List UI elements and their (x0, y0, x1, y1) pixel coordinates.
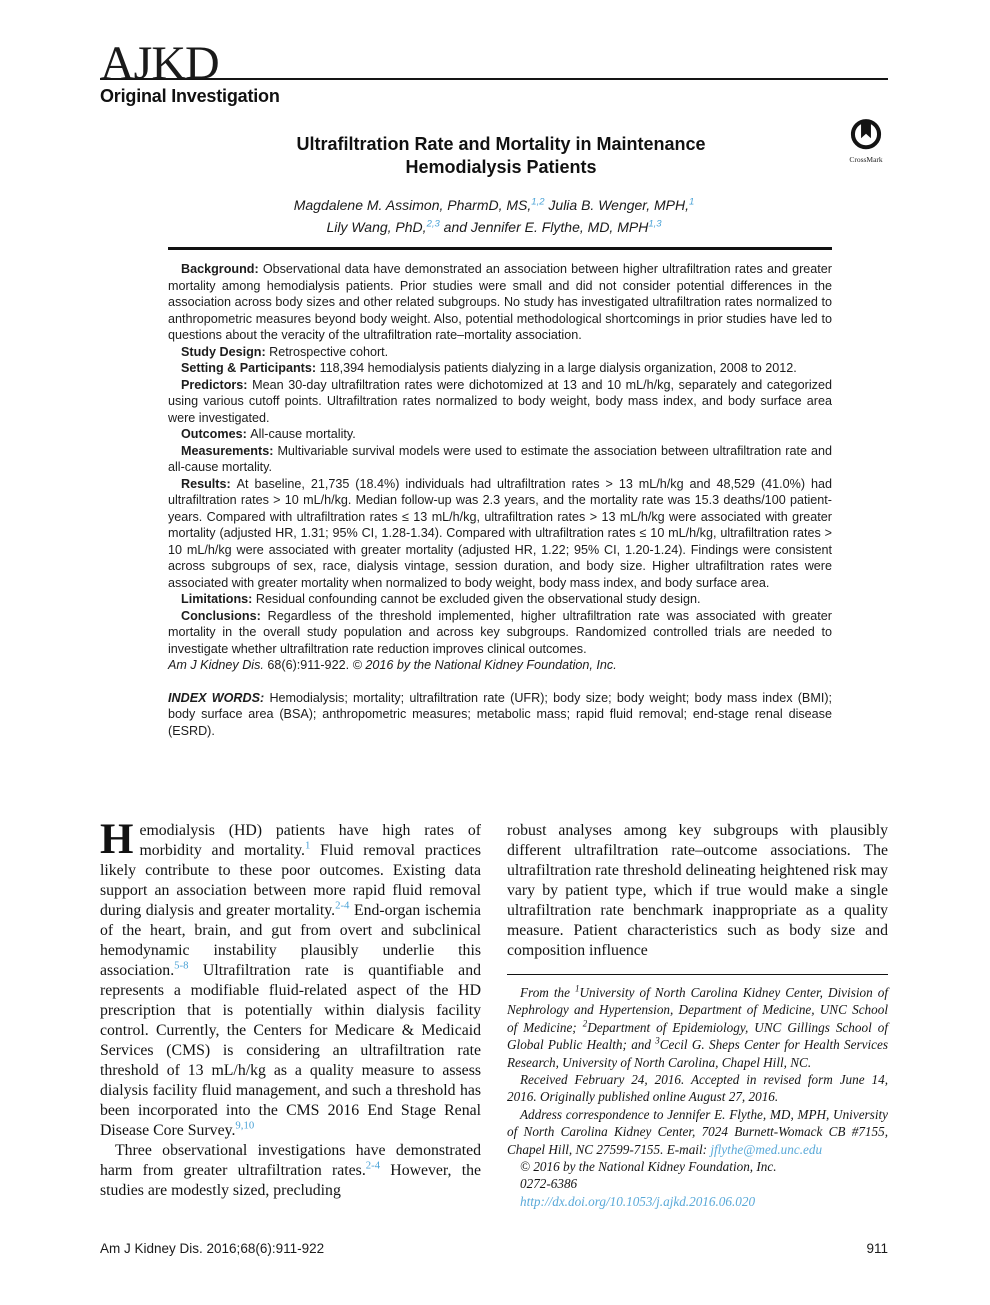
crossmark-icon (842, 118, 890, 154)
text-run: 118,394 hemodialysis patients dialyzing … (320, 361, 797, 375)
page-number: 911 (100, 1241, 888, 1256)
abstract-paragraph-conclusions: Conclusions: Regardless of the threshold… (168, 608, 832, 658)
abstract-citation: Am J Kidney Dis. 68(6):911-922. © 2016 b… (168, 657, 832, 674)
text-run: Julia B. Wenger, MPH, (545, 197, 689, 213)
text-run: Conclusions: (181, 609, 268, 623)
footnote-copyright: © 2016 by the National Kidney Foundation… (507, 1158, 888, 1175)
footnote-divider (507, 974, 888, 975)
hyperlink[interactable]: http://dx.doi.org/10.1053/j.ajkd.2016.06… (520, 1194, 755, 1209)
body-paragraph: Hemodialysis (HD) patients have high rat… (100, 821, 481, 1141)
reference-citation[interactable]: 1,2 (531, 196, 544, 207)
article-title: Ultrafiltration Rate and Mortality in Ma… (170, 133, 832, 179)
text-run: Am J Kidney Dis. (168, 658, 264, 672)
text-run: Residual confounding cannot be excluded … (256, 592, 701, 606)
text-run: Magdalene M. Assimon, PharmD, MS, (294, 197, 532, 213)
reference-citation[interactable]: 2-4 (366, 1160, 380, 1172)
reference-citation[interactable]: 5-8 (174, 960, 188, 972)
text-run: 0272-6386 (520, 1176, 577, 1191)
crossmark-badge[interactable]: CrossMark (842, 118, 890, 164)
footnote-doi: http://dx.doi.org/10.1053/j.ajkd.2016.06… (507, 1193, 888, 1210)
footnote-correspondence: Address correspondence to Jennifer E. Fl… (507, 1106, 888, 1158)
text-run: © 2016 by the National Kidney Foundation… (353, 658, 617, 672)
text-run: Measurements: (181, 444, 277, 458)
article-title-line2: Hemodialysis Patients (170, 156, 832, 179)
text-run: Address correspondence to Jennifer E. Fl… (507, 1107, 888, 1157)
abstract-paragraph-setting: Setting & Participants: 118,394 hemodial… (168, 360, 832, 377)
text-run: Mean 30-day ultrafiltration rates were d… (168, 378, 832, 425)
text-run: Study Design: (181, 345, 269, 359)
reference-citation[interactable]: 2-4 (335, 900, 349, 912)
text-run: © 2016 by the National Kidney Foundation… (520, 1159, 777, 1174)
text-run: Ultrafiltration rate is quantifiable and… (100, 962, 481, 1139)
dropcap: H (100, 821, 139, 857)
index-words: INDEX WORDS: Hemodialysis; mortality; ul… (168, 690, 832, 740)
abstract-paragraph-results: Results: At baseline, 21,735 (18.4%) ind… (168, 476, 832, 592)
journal-page: AJKD Original Investigation CrossMark Ul… (0, 0, 990, 1305)
reference-citation[interactable]: 1,3 (648, 218, 661, 229)
footnotes: From the 1University of North Carolina K… (507, 984, 888, 1210)
reference-citation[interactable]: 2,3 (427, 218, 440, 229)
footnote-affiliations: From the 1University of North Carolina K… (507, 984, 888, 1071)
text-run: INDEX WORDS: (168, 691, 269, 705)
journal-logo: AJKD (100, 40, 219, 88)
abstract-paragraph-limitations: Limitations: Residual confounding cannot… (168, 591, 832, 608)
body-paragraph: Three observational investigations have … (100, 1141, 481, 1201)
text-run: Outcomes: (181, 427, 250, 441)
article-title-line1: Ultrafiltration Rate and Mortality in Ma… (170, 133, 832, 156)
abstract-paragraph-predictors: Predictors: Mean 30-day ultrafiltration … (168, 377, 832, 427)
text-run: Observational data have demonstrated an … (168, 262, 832, 342)
text-run: and Jennifer E. Flythe, MD, MPH (440, 219, 649, 235)
abstract-paragraph-measurements: Measurements: Multivariable survival mod… (168, 443, 832, 476)
text-run: Limitations: (181, 592, 256, 606)
abstract-paragraph-outcomes: Outcomes: All-cause mortality. (168, 426, 832, 443)
body-column-right: robust analyses among key subgroups with… (507, 821, 888, 1210)
abstract-divider (168, 247, 832, 250)
text-run: Lily Wang, PhD, (326, 219, 426, 235)
author-line: Lily Wang, PhD,2,3 and Jennifer E. Flyth… (100, 216, 888, 238)
text-run: All-cause mortality. (250, 427, 355, 441)
abstract-paragraph-background: Background: Observational data have demo… (168, 261, 832, 344)
body-paragraph: robust analyses among key subgroups with… (507, 821, 888, 961)
text-run: Predictors: (181, 378, 252, 392)
text-run: Regardless of the threshold implemented,… (168, 609, 832, 656)
section-label: Original Investigation (100, 86, 280, 107)
text-run: robust analyses among key subgroups with… (507, 822, 888, 959)
reference-citation[interactable]: 9,10 (235, 1120, 254, 1132)
text-run: Received February 24, 2016. Accepted in … (507, 1072, 888, 1104)
body-paragraph-text: emodialysis (HD) patients have high rate… (100, 822, 481, 1139)
body-column-left: Hemodialysis (HD) patients have high rat… (100, 821, 481, 1201)
abstract-paragraph-study-design: Study Design: Retrospective cohort. (168, 344, 832, 361)
author-list: Magdalene M. Assimon, PharmD, MS,1,2 Jul… (100, 194, 888, 238)
abstract: Background: Observational data have demo… (168, 261, 832, 739)
author-line: Magdalene M. Assimon, PharmD, MS,1,2 Jul… (100, 194, 888, 216)
footnote-issn: 0272-6386 (507, 1175, 888, 1192)
text-run: 68(6):911-922. (264, 658, 353, 672)
text-run: Results: (181, 477, 237, 491)
crossmark-label: CrossMark (842, 155, 890, 164)
text-run: Retrospective cohort. (269, 345, 388, 359)
footnote-received: Received February 24, 2016. Accepted in … (507, 1071, 888, 1106)
text-run: Setting & Participants: (181, 361, 320, 375)
text-run: Background: (181, 262, 263, 276)
reference-citation[interactable]: 1 (689, 196, 694, 207)
masthead-rule: AJKD (100, 32, 888, 80)
text-run: From the (520, 985, 575, 1000)
text-run: At baseline, 21,735 (18.4%) individuals … (168, 477, 832, 590)
hyperlink[interactable]: jflythe@med.unc.edu (710, 1142, 822, 1157)
